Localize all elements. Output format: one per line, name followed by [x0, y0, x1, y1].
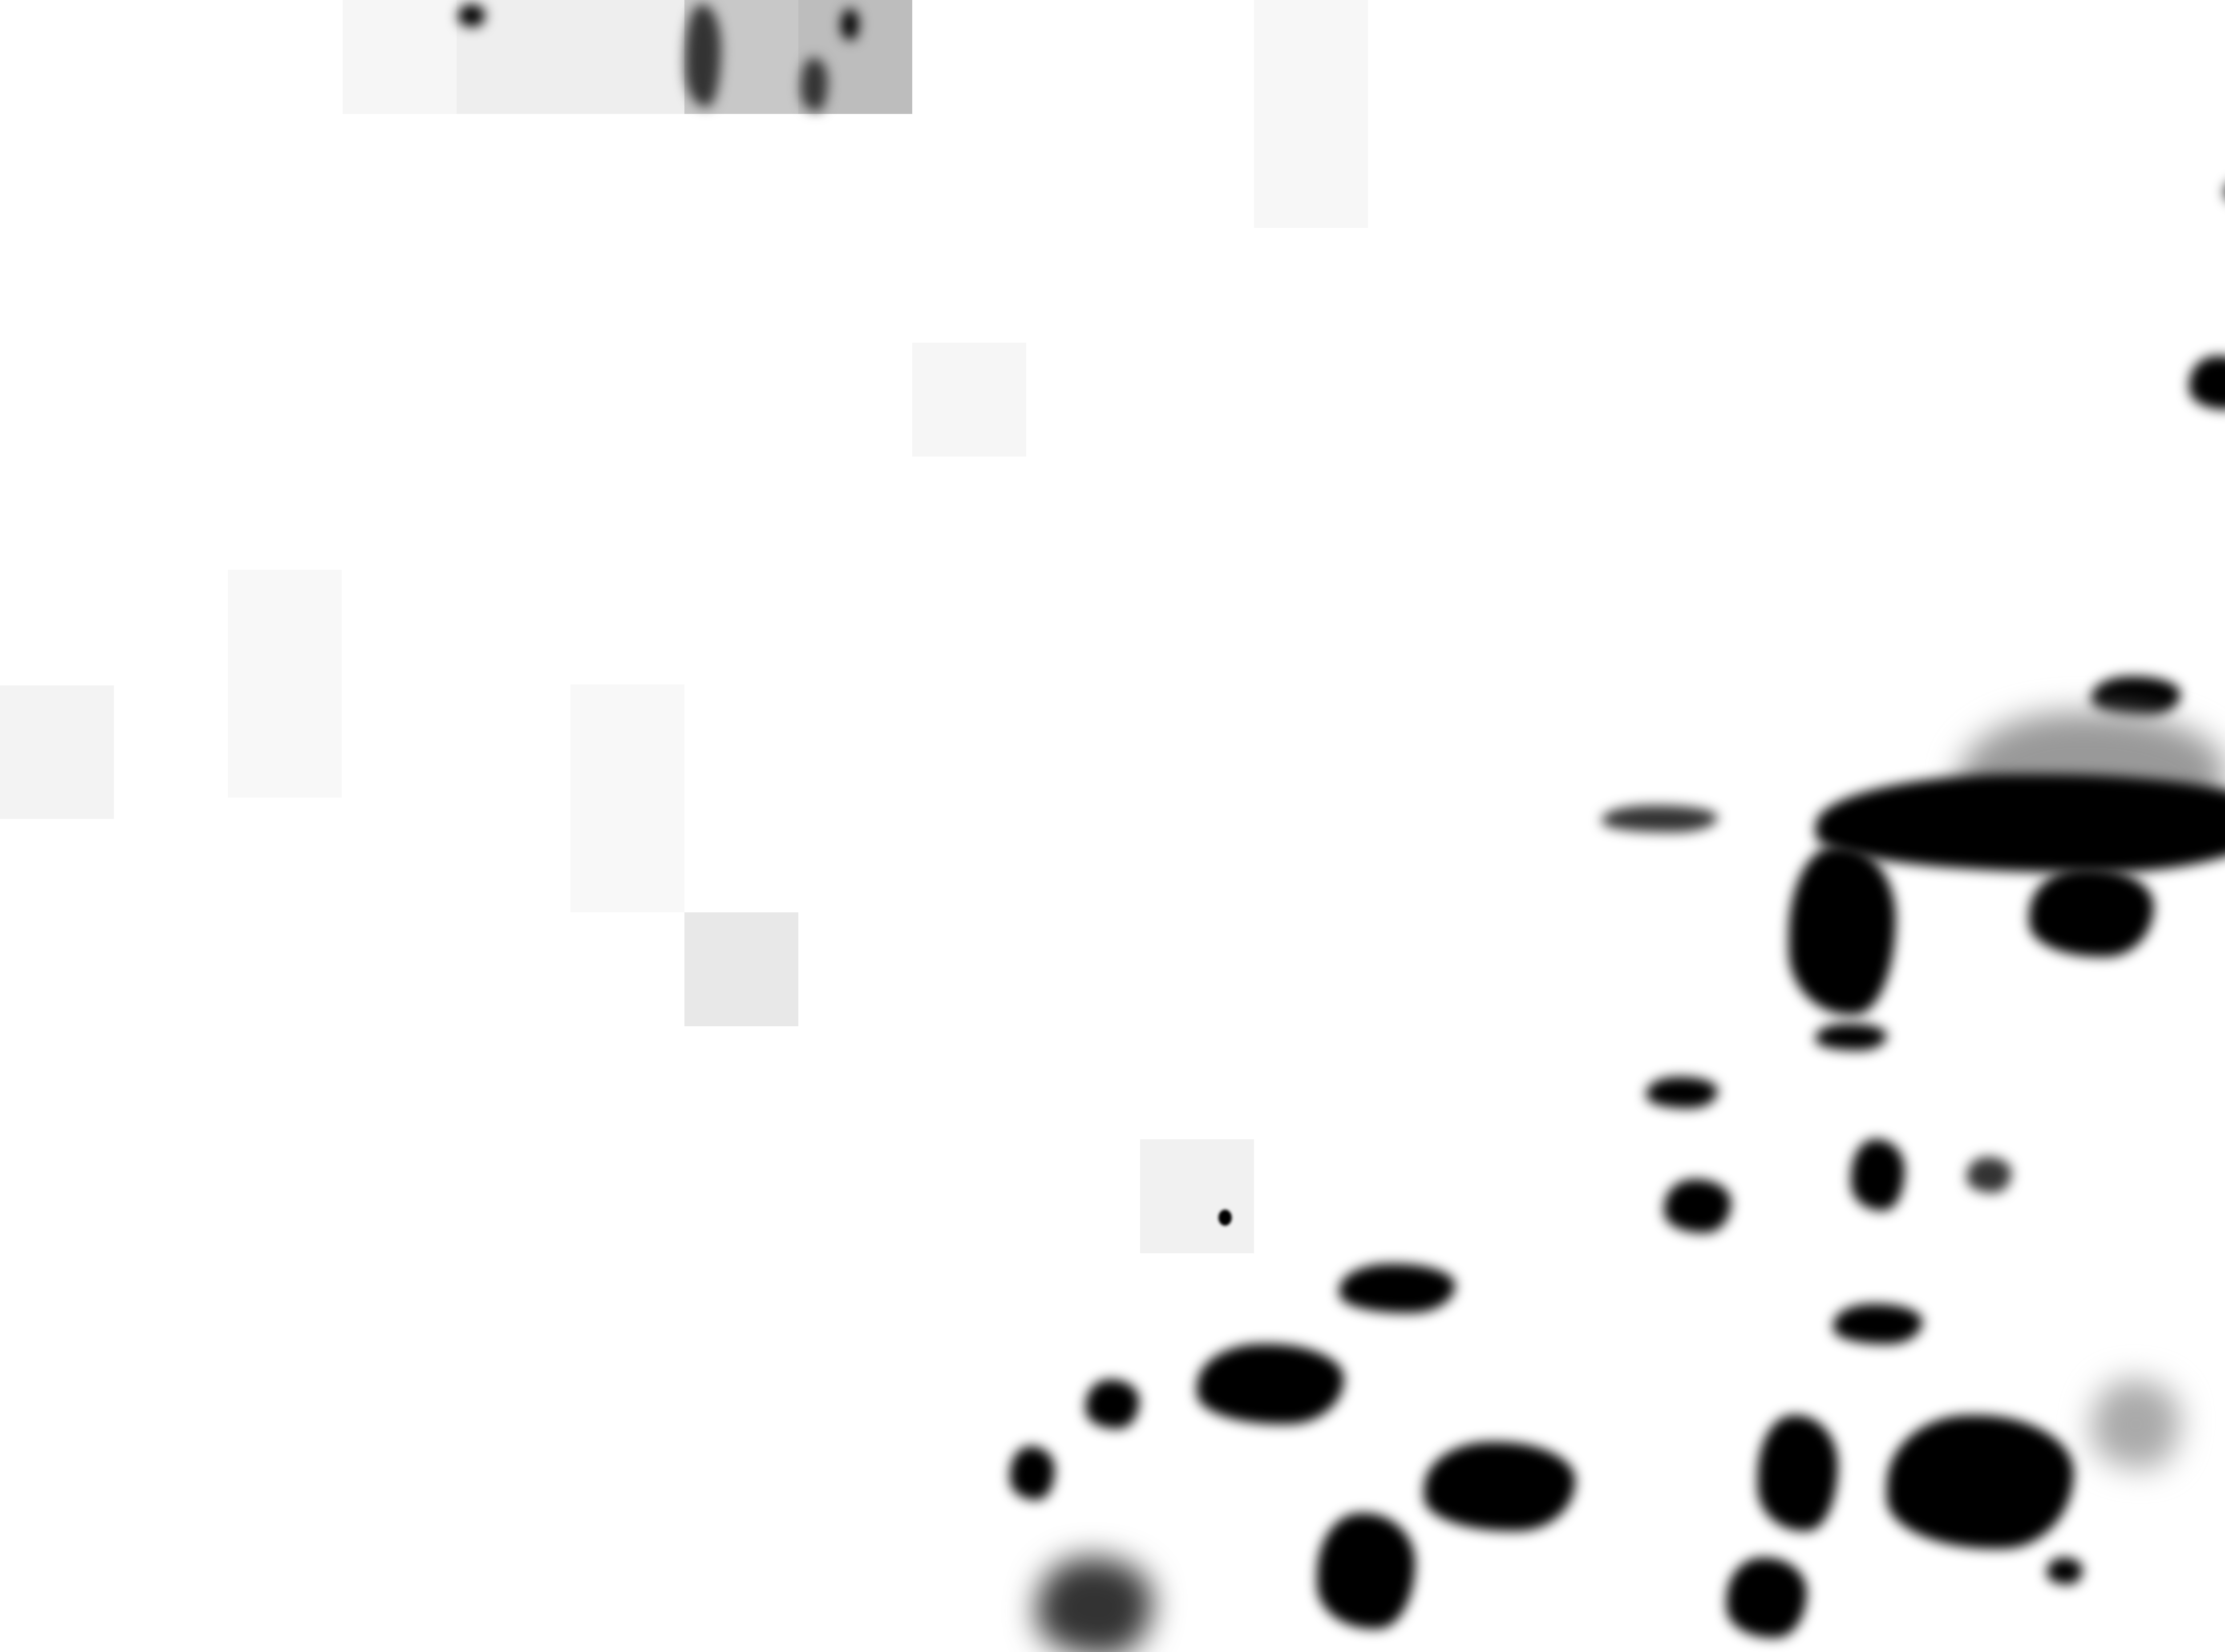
- cloud-gap: [1339, 1264, 1455, 1313]
- cloud-gap: [1197, 1344, 1344, 1424]
- cloud-gap: [1833, 1304, 1922, 1344]
- cloud-gap: [801, 58, 828, 111]
- mosaic-tile: [457, 0, 684, 114]
- mosaic-tile: [343, 0, 457, 114]
- cloud-gap: [1664, 1179, 1731, 1233]
- cloud-gap: [1816, 1024, 1887, 1050]
- mosaic-tile: [1254, 0, 1368, 228]
- cloud-gap: [1758, 1415, 1838, 1531]
- cloud-gap: [1317, 1513, 1415, 1629]
- mosaic-tile: [684, 912, 798, 1026]
- mosaic-tile: [570, 684, 684, 912]
- cloud-gap: [1424, 1442, 1575, 1531]
- cloud-gap: [1967, 1157, 2011, 1193]
- mosaic-tile: [912, 343, 1026, 457]
- cloud-shadow: [2091, 1380, 2180, 1469]
- cloud-gap: [2029, 868, 2154, 957]
- cloud-gap: [1816, 774, 2225, 872]
- mosaic-tile: [0, 685, 114, 819]
- cloud-gap: [2091, 676, 2180, 717]
- cloud-gap: [1789, 846, 1896, 1015]
- cloud-gap: [685, 4, 721, 107]
- cloud-gap: [1851, 1139, 1905, 1211]
- cloud-gap: [1218, 1210, 1232, 1226]
- cloud-gap: [458, 4, 485, 27]
- cloud-gap: [1602, 806, 1718, 832]
- cloud-gap: [1646, 1077, 1718, 1108]
- satellite-cloud-mask-image: [0, 0, 2225, 1652]
- cloud-gap: [1086, 1380, 1139, 1429]
- cloud-gap: [841, 9, 859, 40]
- cloud-gap: [1727, 1558, 1807, 1638]
- cloud-gap: [1887, 1415, 2074, 1549]
- mosaic-tile: [228, 570, 342, 798]
- cloud-gap: [2189, 356, 2225, 409]
- cloud-gap: [2047, 1558, 2083, 1584]
- cloud-gap: [1010, 1446, 1055, 1500]
- cloud-shadow: [1037, 1558, 1153, 1652]
- mosaic-tile: [1140, 1139, 1254, 1253]
